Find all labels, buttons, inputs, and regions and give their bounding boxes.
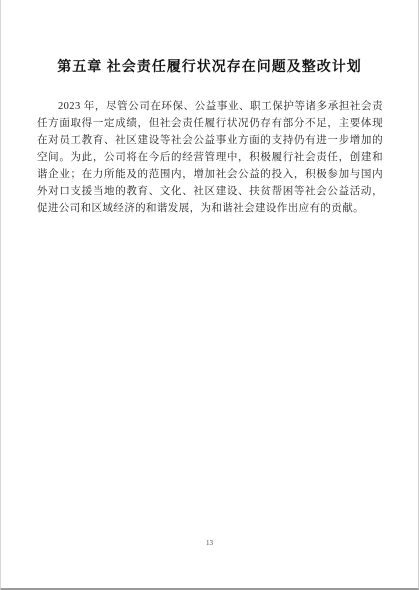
body-paragraph: 2023 年，尽管公司在环保、公益事业、职工保护等诸多承担社会责任方面取得一定成… xyxy=(37,98,383,217)
page-number: 13 xyxy=(206,539,213,547)
page-footer: 13 xyxy=(1,532,418,550)
document-page: 第五章 社会责任履行状况存在问题及整改计划 2023 年，尽管公司在环保、公益事… xyxy=(0,0,419,590)
chapter-title: 第五章 社会责任履行状况存在问题及整改计划 xyxy=(1,0,418,76)
